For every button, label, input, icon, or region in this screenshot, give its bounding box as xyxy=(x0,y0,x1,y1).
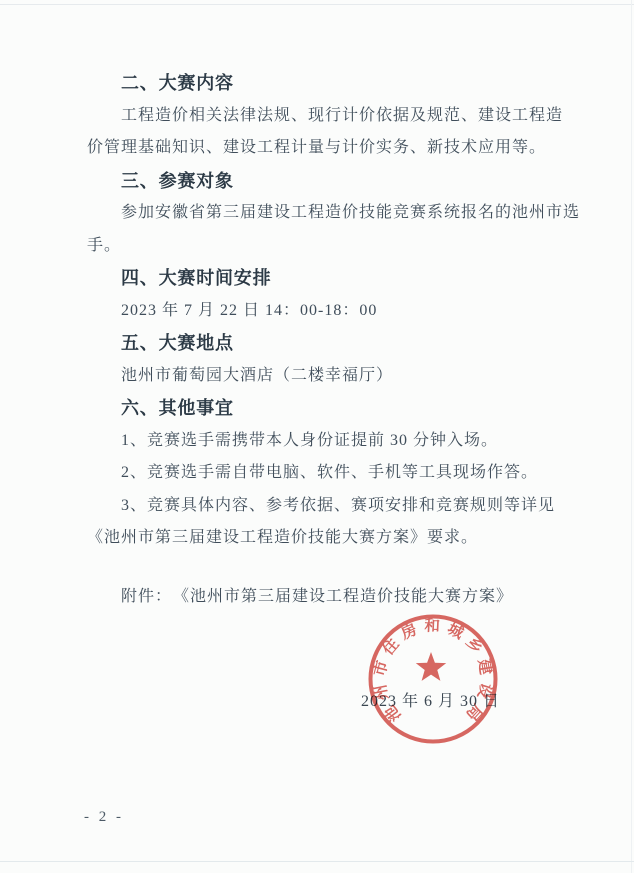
other-matter-item-3: 3、竞赛具体内容、参考依据、赛项安排和竞赛规则等详见 xyxy=(87,490,597,523)
doc-line: 手。 xyxy=(87,230,597,263)
doc-line: 价管理基础知识、建设工程计量与计价实务、新技术应用等。 xyxy=(87,132,597,165)
heading-competition-content: 二、大赛内容 xyxy=(87,67,597,100)
other-matter-item-2: 2、竞赛选手需自带电脑、软件、手机等工具现场作答。 xyxy=(87,457,597,490)
schedule-datetime: 2023 年 7 月 22 日 14：00-18：00 xyxy=(87,295,597,328)
other-matter-item-1: 1、竞赛选手需携带本人身份证提前 30 分钟入场。 xyxy=(87,425,597,458)
scan-edge-top xyxy=(0,4,634,5)
document-page: 二、大赛内容 工程造价相关法律法规、现行计价依据及规范、建设工程造 价管理基础知… xyxy=(0,0,634,873)
official-seal: 池州市住房和城乡建设局 xyxy=(363,608,503,748)
heading-participants: 三、参赛对象 xyxy=(87,165,597,198)
heading-venue: 五、大赛地点 xyxy=(87,327,597,360)
attachment-line: 附件： 《池州市第三届建设工程造价技能大赛方案》 xyxy=(87,581,597,614)
heading-other-matters: 六、其他事宜 xyxy=(87,392,597,425)
heading-schedule: 四、大赛时间安排 xyxy=(87,262,597,295)
seal-star-icon xyxy=(416,652,446,681)
document-body: 二、大赛内容 工程造价相关法律法规、现行计价依据及规范、建设工程造 价管理基础知… xyxy=(87,67,597,613)
page-number: - 2 - xyxy=(84,809,124,826)
seal-ring xyxy=(371,617,496,742)
scan-edge-right xyxy=(631,0,632,873)
doc-line: 《池州市第三届建设工程造价技能大赛方案》要求。 xyxy=(87,522,597,555)
venue-line: 池州市葡萄园大酒店（二楼幸福厅） xyxy=(87,360,597,393)
doc-line: 工程造价相关法律法规、现行计价依据及规范、建设工程造 xyxy=(87,100,597,133)
scan-edge-bottom xyxy=(0,861,634,862)
doc-line: 参加安徽省第三届建设工程造价技能竞赛系统报名的池州市选 xyxy=(87,197,597,230)
